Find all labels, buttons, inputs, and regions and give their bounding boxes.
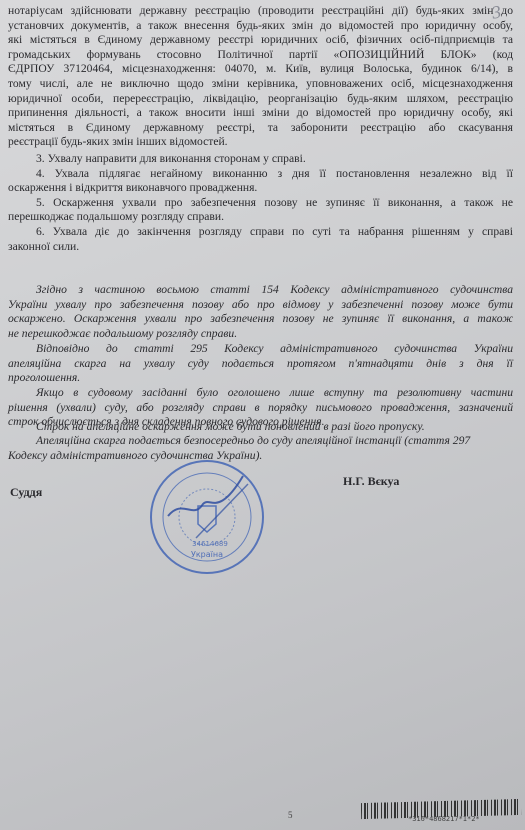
- judge-role-label: Суддя: [10, 485, 42, 500]
- text-line: Строк на апеляційне оскарження може бути…: [8, 420, 513, 435]
- text-line: тому числі, але не виключно щодо зміни к…: [8, 77, 513, 92]
- text-line: реєстрації будь-яких змін інших відомост…: [8, 135, 513, 150]
- text-line: оскаржено. Оскарження ухвали про забезпе…: [8, 312, 513, 327]
- text-line: нотаріусам здійснювати державну реєстрац…: [8, 4, 513, 19]
- item-5-cont: перешкоджає подальшому розгляду справи.: [8, 210, 513, 225]
- appeal-info-paragraph-2: Відповідно до статті 295 Кодексу адмініс…: [8, 342, 513, 386]
- barcode-text: *316*4868217*1*2*: [408, 815, 480, 823]
- text-line: рішення (ухвали) суду, або розгляду спра…: [8, 401, 513, 416]
- text-line: проголошення.: [8, 371, 513, 386]
- numbered-items: 3. Ухвалу направити для виконання сторон…: [8, 152, 513, 254]
- injunction-paragraph: нотаріусам здійснювати державну реєстрац…: [8, 4, 513, 150]
- text-line: Якщо в судовому засіданні було оголошено…: [8, 386, 513, 401]
- item-4-cont: оскарження і відкриття виконавчого прова…: [8, 181, 513, 196]
- judge-name: Н.Г. Вєкуа: [343, 474, 399, 489]
- text-line: юридичної особи, перереєстрацію, ліквіда…: [8, 92, 513, 107]
- item-4: 4. Ухвала підлягає негайному виконанню з…: [8, 167, 513, 182]
- svg-text:Україна: Україна: [191, 550, 223, 559]
- page-number: 5: [288, 810, 293, 820]
- text-line: містяться в Єдиному державному реєстрі, …: [8, 121, 513, 136]
- svg-text:34614689: 34614689: [192, 540, 228, 548]
- text-line: України ухвалу про забезпечення позову а…: [8, 298, 513, 313]
- text-line: припинення діяльності, а також вносити і…: [8, 106, 513, 121]
- appeal-info-paragraph-4: Строк на апеляційне оскарження може бути…: [8, 420, 513, 435]
- document-page: 3 нотаріусам здійснювати державну реєстр…: [0, 0, 525, 830]
- item-6-cont: законної сили.: [8, 240, 513, 255]
- appeal-info-paragraph-1: Згідно з частиною восьмою статті 154 Код…: [8, 283, 513, 341]
- text-line: апеляційна скарга на ухвалу суду подаєть…: [8, 357, 513, 372]
- text-line: громадських формувань стосовно Політично…: [8, 48, 513, 63]
- text-line: Згідно з частиною восьмою статті 154 Код…: [8, 283, 513, 298]
- text-line: установчих документів, а також внесення …: [8, 19, 513, 34]
- text-line: не перешкоджає подальшому розгляду справ…: [8, 327, 513, 342]
- item-3: 3. Ухвалу направити для виконання сторон…: [8, 152, 513, 167]
- item-5: 5. Оскарження ухвали про забезпечення по…: [8, 196, 513, 211]
- text-line: які містяться в Єдиному державному реєст…: [8, 33, 513, 48]
- item-6: 6. Ухвала діє до закінчення розгляду спр…: [8, 225, 513, 240]
- text-line: ЄДРПОУ 37120464, місцезнаходження: 04070…: [8, 62, 513, 77]
- court-seal-stamp-icon: Україна 34614689: [148, 458, 266, 576]
- text-line: Апеляційна скарга подається безпосереднь…: [8, 434, 513, 449]
- text-line: Відповідно до статті 295 Кодексу адмініс…: [8, 342, 513, 357]
